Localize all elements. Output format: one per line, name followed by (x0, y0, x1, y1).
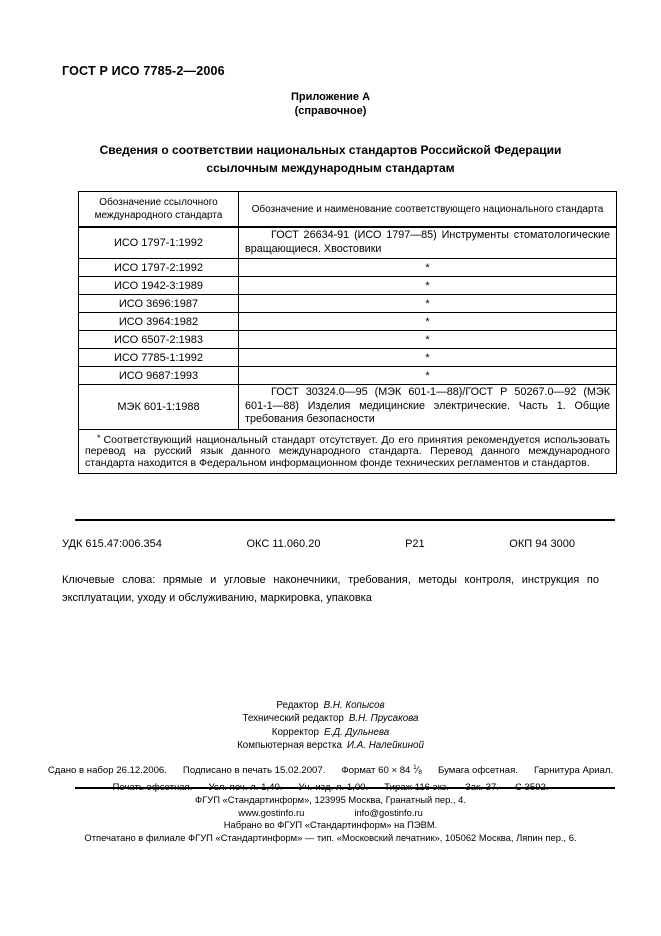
credit-line-editor: РедакторВ.Н. Копысов (0, 699, 661, 712)
national-standard-cell: * (239, 349, 617, 367)
publisher-block: ФГУП «Стандартинформ», 123995 Москва, Гр… (0, 794, 661, 845)
imprint-line-1: Сдано в набор 26.12.2006.Подписано в печ… (0, 760, 661, 780)
print-date: Подписано в печать 15.02.2007. (183, 765, 325, 776)
footnote-text: Соответствующий национальный стандарт от… (85, 434, 610, 469)
table-row: ИСО 1942-3:1989 * (79, 277, 617, 295)
paper-format: Формат 60 × 84 1⁄8 (341, 765, 422, 776)
appendix-heading: Приложение А (справочное) (0, 90, 661, 118)
printed-note: Отпечатано в филиале ФГУП «Стандартинфор… (0, 832, 661, 845)
publisher-email: info@gostinfo.ru (354, 807, 422, 818)
credit-label: Компьютерная верстка (237, 740, 342, 751)
appendix-title: Приложение А (0, 90, 661, 104)
typeface: Гарнитура Ариал. (534, 765, 613, 776)
divider-line-bottom (75, 787, 615, 789)
reference-standard-cell: ИСО 1797-1:1992 (79, 227, 239, 259)
section-title: Сведения о соответствии национальных ста… (75, 141, 586, 177)
national-standard-cell: ГОСТ 30324.0—95 (МЭК 601-1—88)/ГОСТ Р 50… (239, 385, 617, 430)
reference-standard-cell: МЭК 601-1:1988 (79, 385, 239, 430)
reference-standard-cell: ИСО 1942-3:1989 (79, 277, 239, 295)
format-fraction: 1⁄8 (413, 760, 422, 780)
national-standard-cell: * (239, 259, 617, 277)
footnote-asterisk: * (97, 433, 101, 443)
document-page: ГОСТ Р ИСО 7785-2—2006 Приложение А (спр… (0, 0, 661, 936)
imprint-block: Сдано в набор 26.12.2006.Подписано в печ… (0, 760, 661, 795)
editorial-credits: РедакторВ.Н. Копысов Технический редакто… (0, 699, 661, 753)
table-footnote-row: *Соответствующий национальный стандарт о… (79, 429, 617, 474)
table-row: ИСО 3696:1987 * (79, 295, 617, 313)
appendix-subtitle: (справочное) (0, 104, 661, 118)
reference-standard-cell: ИСО 3696:1987 (79, 295, 239, 313)
credit-label: Корректор (272, 727, 319, 738)
okp-code: ОКП 94 3000 (509, 538, 575, 550)
classification-codes-row: УДК 615.47:006.354 ОКС 11.060.20 Р21 ОКП… (62, 538, 575, 550)
set-date: Сдано в набор 26.12.2006. (48, 765, 167, 776)
table-row: ИСО 7785-1:1992 * (79, 349, 617, 367)
reference-standard-cell: ИСО 9687:1993 (79, 367, 239, 385)
oks-code: ОКС 11.060.20 (247, 538, 321, 550)
column-header-reference-standard: Обозначение ссылочного международного ст… (79, 192, 239, 228)
credit-line-technical-editor: Технический редакторВ.Н. Прусакова (0, 712, 661, 725)
reference-standard-cell: ИСО 1797-2:1992 (79, 259, 239, 277)
column-header-national-standard: Обозначение и наименование соответствующ… (239, 192, 617, 228)
udk-code: УДК 615.47:006.354 (62, 538, 162, 550)
paper-type: Бумага офсетная. (438, 765, 518, 776)
credit-label: Технический редактор (242, 713, 343, 724)
credit-line-proofreader: КорректорЕ.Д. Дульнева (0, 726, 661, 739)
group-code: Р21 (405, 538, 425, 550)
table-row: ИСО 1797-2:1992 * (79, 259, 617, 277)
national-standard-cell: * (239, 277, 617, 295)
table-row: МЭК 601-1:1988 ГОСТ 30324.0—95 (МЭК 601-… (79, 385, 617, 430)
table-row: ИСО 3964:1982 * (79, 313, 617, 331)
credit-line-layout: Компьютерная версткаИ.А. Налейкиной (0, 739, 661, 752)
publisher-website: www.gostinfo.ru (238, 807, 304, 818)
national-standard-cell: * (239, 295, 617, 313)
reference-standard-cell: ИСО 6507-2:1983 (79, 331, 239, 349)
national-standard-cell: * (239, 313, 617, 331)
publisher-address: ФГУП «Стандартинформ», 123995 Москва, Гр… (0, 794, 661, 807)
national-standard-cell: ГОСТ 26634-91 (ИСО 1797—85) Инструменты … (239, 227, 617, 259)
table-footnote: *Соответствующий национальный стандарт о… (79, 429, 617, 474)
credit-name: В.Н. Прусакова (349, 713, 419, 724)
keywords-paragraph: Ключевые слова: прямые и угловые наконеч… (62, 571, 599, 607)
national-standard-cell: * (239, 331, 617, 349)
credit-name: В.Н. Копысов (324, 700, 385, 711)
reference-standard-cell: ИСО 7785-1:1992 (79, 349, 239, 367)
table-header-row: Обозначение ссылочного международного ст… (79, 192, 617, 228)
publisher-contacts: www.gostinfo.ruinfo@gostinfo.ru (0, 807, 661, 820)
standards-correspondence-table: Обозначение ссылочного международного ст… (78, 191, 617, 474)
credit-label: Редактор (276, 700, 318, 711)
credit-name: Е.Д. Дульнева (324, 727, 389, 738)
standard-number: ГОСТ Р ИСО 7785-2—2006 (62, 64, 225, 78)
credit-name: И.А. Налейкиной (347, 740, 424, 751)
national-standard-cell: * (239, 367, 617, 385)
typeset-note: Набрано во ФГУП «Стандартинформ» на ПЭВМ… (0, 819, 661, 832)
reference-standard-cell: ИСО 3964:1982 (79, 313, 239, 331)
divider-line-top (75, 519, 615, 521)
table-row: ИСО 6507-2:1983 * (79, 331, 617, 349)
table-row: ИСО 9687:1993 * (79, 367, 617, 385)
table-row: ИСО 1797-1:1992 ГОСТ 26634-91 (ИСО 1797—… (79, 227, 617, 259)
